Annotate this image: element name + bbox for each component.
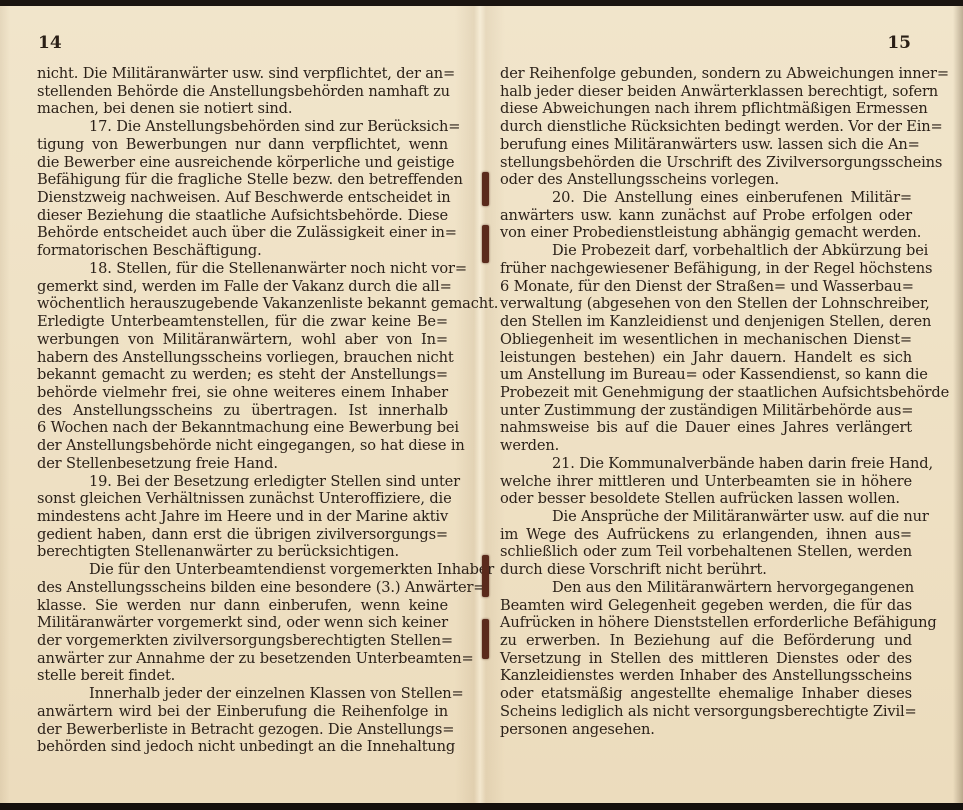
text-line: nicht. Die Militäranwärter usw. sind ver…	[37, 65, 448, 83]
text-line: tigung von Bewerbungen nur dann verpflic…	[37, 136, 448, 154]
text-line: Probezeit mit Genehmigung der staatliche…	[500, 384, 912, 402]
text-line: Die Probezeit darf, vorbehaltlich der Ab…	[500, 242, 912, 260]
text-line: Innerhalb jeder der einzelnen Klassen vo…	[37, 685, 448, 703]
text-line: des Anstellungsscheins zu übertragen. Is…	[37, 402, 448, 420]
text-line: durch diese Vorschrift nicht berührt.	[500, 561, 912, 579]
right-page-text: der Reihenfolge gebunden, sondern zu Abw…	[500, 65, 912, 738]
text-line: Dienstzweig nachweisen. Auf Beschwerde e…	[37, 189, 448, 207]
text-line: zu erwerben. In Beziehung auf die Beförd…	[500, 632, 912, 650]
text-line: sonst gleichen Verhältnissen zunächst Un…	[37, 490, 448, 508]
text-line: Kanzleidienstes werden Inhaber des Anste…	[500, 667, 912, 685]
binding-stitch-icon	[482, 172, 489, 206]
text-line: Scheins lediglich als nicht versorgungsb…	[500, 703, 912, 721]
text-line: die Bewerber eine ausreichende körperlic…	[37, 154, 448, 172]
text-line: wöchentlich herauszugebende Vakanzenlist…	[37, 295, 448, 313]
text-line: oder besser besoldete Stellen aufrücken …	[500, 490, 912, 508]
left-page-text: nicht. Die Militäranwärter usw. sind ver…	[37, 65, 448, 756]
text-line: nahmsweise bis auf die Dauer eines Jahre…	[500, 419, 912, 437]
text-line: berechtigten Stellenanwärter zu berücksi…	[37, 543, 448, 561]
text-line: Die für den Unterbeamtendienst vorgemerk…	[37, 561, 448, 579]
binding-stitch-icon	[482, 225, 489, 263]
page-number-left: 14	[38, 33, 62, 53]
text-line: den Stellen im Kanzleidienst und denjeni…	[500, 313, 912, 331]
text-line: anwärter zur Annahme der zu besetzenden …	[37, 650, 448, 668]
text-line: der Reihenfolge gebunden, sondern zu Abw…	[500, 65, 912, 83]
left-page: 14 nicht. Die Militäranwärter usw. sind …	[0, 6, 480, 803]
page-number-right: 15	[887, 33, 911, 53]
text-line: früher nachgewiesener Befähigung, in der…	[500, 260, 912, 278]
text-line: formatorischen Beschäftigung.	[37, 242, 448, 260]
text-line: stellungsbehörden die Urschrift des Zivi…	[500, 154, 912, 172]
text-line: 17. Die Anstellungsbehörden sind zur Ber…	[37, 118, 448, 136]
text-line: Den aus den Militäranwärtern hervorgegan…	[500, 579, 912, 597]
binding-stitch-icon	[482, 555, 489, 597]
text-line: anwärters usw. kann zunächst auf Probe e…	[500, 207, 912, 225]
text-line: gemerkt sind, werden im Falle der Vakanz…	[37, 278, 448, 296]
text-line: Militäranwärter vorgemerkt sind, oder we…	[37, 614, 448, 632]
text-line: verwaltung (abgesehen von den Stellen de…	[500, 295, 912, 313]
text-line: gedient haben, dann erst die übrigen ziv…	[37, 526, 448, 544]
text-line: im Wege des Aufrückens zu erlangenden, i…	[500, 526, 912, 544]
book-spread: 14 nicht. Die Militäranwärter usw. sind …	[0, 6, 963, 803]
text-line: werbungen von Militäranwärtern, wohl abe…	[37, 331, 448, 349]
right-page: 15 der Reihenfolge gebunden, sondern zu …	[480, 6, 963, 803]
text-line: der Bewerberliste in Betracht gezogen. D…	[37, 721, 448, 739]
text-line: personen angesehen.	[500, 721, 912, 739]
text-line: der vorgemerkten zivilversorgungsberecht…	[37, 632, 448, 650]
binding-stitch-icon	[482, 619, 489, 659]
text-line: halb jeder dieser beiden Anwärterklassen…	[500, 83, 912, 101]
text-line: oder des Anstellungsscheins vorlegen.	[500, 171, 912, 189]
text-line: anwärtern wird bei der Einberufung die R…	[37, 703, 448, 721]
text-line: 20. Die Anstellung eines einberufenen Mi…	[500, 189, 912, 207]
bottom-edge-shadow	[0, 803, 963, 810]
text-line: 6 Wochen nach der Bekanntmachung eine Be…	[37, 419, 448, 437]
text-line: werden.	[500, 437, 912, 455]
text-line: welche ihrer mittleren und Unterbeamten …	[500, 473, 912, 491]
text-line: unter Zustimmung der zuständigen Militär…	[500, 402, 912, 420]
text-line: dieser Beziehung die staatliche Aufsicht…	[37, 207, 448, 225]
text-line: um Anstellung im Bureau= oder Kassendien…	[500, 366, 912, 384]
text-line: diese Abweichungen nach ihrem pflichtmäß…	[500, 100, 912, 118]
text-line: klasse. Sie werden nur dann einberufen, …	[37, 597, 448, 615]
text-line: Aufrücken in höhere Dienststellen erford…	[500, 614, 912, 632]
text-line: von einer Probedienstleistung abhängig g…	[500, 224, 912, 242]
text-line: stelle bereit findet.	[37, 667, 448, 685]
text-line: Die Ansprüche der Militäranwärter usw. a…	[500, 508, 912, 526]
text-line: Obliegenheit im wesentlichen in mechanis…	[500, 331, 912, 349]
text-line: durch dienstliche Rücksichten bedingt we…	[500, 118, 912, 136]
page-edge-shadow	[953, 6, 963, 803]
text-line: berufung eines Militäranwärters usw. las…	[500, 136, 912, 154]
text-line: der Stellenbesetzung freie Hand.	[37, 455, 448, 473]
text-line: machen, bei denen sie notiert sind.	[37, 100, 448, 118]
text-line: behörde vielmehr frei, sie ohne weiteres…	[37, 384, 448, 402]
text-line: 6 Monate, für den Dienst der Straßen= un…	[500, 278, 912, 296]
text-line: schließlich oder zum Teil vorbehaltenen …	[500, 543, 912, 561]
text-line: behörden sind jedoch nicht unbedingt an …	[37, 738, 448, 756]
text-line: leistungen bestehen) ein Jahr dauern. Ha…	[500, 349, 912, 367]
text-line: 21. Die Kommunalverbände haben darin fre…	[500, 455, 912, 473]
text-line: des Anstellungsscheins bilden eine beson…	[37, 579, 448, 597]
text-line: habern des Anstellungsscheins vorliegen,…	[37, 349, 448, 367]
text-line: Befähigung für die fragliche Stelle bezw…	[37, 171, 448, 189]
text-line: mindestens acht Jahre im Heere und in de…	[37, 508, 448, 526]
text-line: stellenden Behörde die Anstellungsbehörd…	[37, 83, 448, 101]
text-line: bekannt gemacht zu werden; es steht der …	[37, 366, 448, 384]
text-line: Beamten wird Gelegenheit gegeben werden,…	[500, 597, 912, 615]
text-line: oder etatsmäßig angestellte ehemalige In…	[500, 685, 912, 703]
text-line: Erledigte Unterbeamtenstellen, für die z…	[37, 313, 448, 331]
text-line: Versetzung in Stellen des mittleren Dien…	[500, 650, 912, 668]
text-line: 18. Stellen, für die Stellenanwärter noc…	[37, 260, 448, 278]
text-line: der Anstellungsbehörde nicht eingegangen…	[37, 437, 448, 455]
text-line: Behörde entscheidet auch über die Zuläss…	[37, 224, 448, 242]
text-line: 19. Bei der Besetzung erledigter Stellen…	[37, 473, 448, 491]
